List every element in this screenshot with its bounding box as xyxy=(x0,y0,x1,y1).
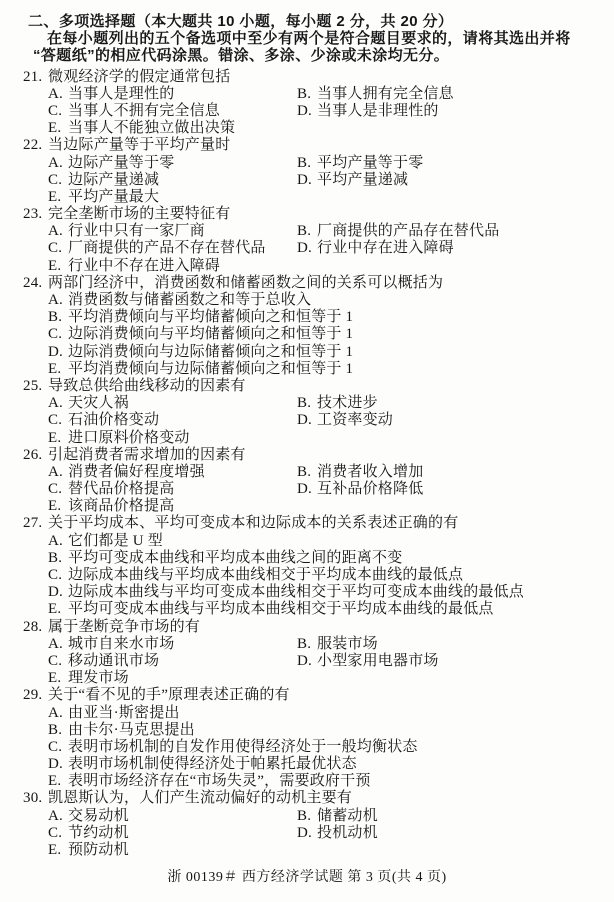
option-text: 平均消费倾向与边际储蓄倾向之和恒等于 1 xyxy=(68,361,353,378)
option-label: B. xyxy=(297,395,317,412)
question-number: 23. xyxy=(23,206,48,223)
question-number: 26. xyxy=(23,447,48,464)
option-b: B.当事人拥有完全信息 xyxy=(297,86,454,103)
question-22: 22. 当边际产量等于平均产量时 A.边际产量等于零 B.平均产量等于零 C.边… xyxy=(0,137,614,206)
option-text: 表明市场机制的自发作用使得经济处于一般均衡状态 xyxy=(68,739,418,756)
option-text: 平均产量递减 xyxy=(317,172,408,189)
option-label: D. xyxy=(297,481,317,498)
option-label: A. xyxy=(48,464,68,481)
option-label: D. xyxy=(297,825,317,842)
option-label: D. xyxy=(297,412,317,429)
option-d: D.当事人是非理性的 xyxy=(297,103,439,120)
option-b: B.平均可变成本曲线和平均成本曲线之间的距离不变 xyxy=(48,550,614,567)
option-text: 边际产量等于零 xyxy=(68,155,174,172)
option-label: D. xyxy=(297,172,317,189)
option-text: 平均可变成本曲线与平均成本曲线相交于平均成本曲线的最低点 xyxy=(68,601,494,618)
option-label: E. xyxy=(48,842,68,859)
option-label: B. xyxy=(297,636,317,653)
option-label: E. xyxy=(48,120,68,137)
option-e: E.平均产量最大 xyxy=(48,189,614,206)
option-label: D. xyxy=(48,584,68,601)
option-text: 技术进步 xyxy=(317,395,378,412)
option-text: 平均产量最大 xyxy=(68,189,159,206)
option-text: 平均消费倾向与平均储蓄倾向之和恒等于 1 xyxy=(68,309,353,326)
option-text: 边际消费倾向与边际储蓄倾向之和恒等于 1 xyxy=(68,344,353,361)
question-number: 22. xyxy=(23,137,48,154)
option-label: D. xyxy=(297,240,317,257)
option-label: E. xyxy=(48,601,68,618)
option-text: 工资率变动 xyxy=(317,412,393,429)
option-label: C. xyxy=(48,326,68,343)
exam-page: 二、 多项选择题（本大题共 10 小题，每小题 2 分，共 20 分） 在每小题… xyxy=(0,0,614,902)
option-label: B. xyxy=(48,550,68,567)
option-text: 服装市场 xyxy=(317,636,378,653)
question-21: 21. 微观经济学的假定通常包括 A.当事人是理性的 B.当事人拥有完全信息 C… xyxy=(0,69,614,138)
section-instruction-line-1: 在每小题列出的五个备选项中至少有两个是符合题目要求的，请将其选出并将 xyxy=(0,30,614,47)
option-label: E. xyxy=(48,773,68,790)
option-text: 当事人拥有完全信息 xyxy=(317,86,454,103)
option-text: 小型家用电器市场 xyxy=(317,653,439,670)
option-text: 表明市场经济存在“市场失灵”，需要政府干预 xyxy=(68,773,371,790)
option-a: A.消费函数与储蓄函数之和等于总收入 xyxy=(48,292,614,309)
option-label: C. xyxy=(48,240,68,257)
option-text: 厂商提供的产品存在替代品 xyxy=(317,223,499,240)
option-text: 由卡尔·马克思提出 xyxy=(68,722,195,739)
option-text: 表明市场机制使得经济处于帕累托最优状态 xyxy=(68,756,357,773)
option-text: 理发市场 xyxy=(68,670,129,687)
question-number: 24. xyxy=(23,275,48,292)
option-label: B. xyxy=(297,86,317,103)
option-text: 平均产量等于零 xyxy=(317,155,423,172)
option-label: C. xyxy=(48,739,68,756)
option-text: 边际产量递减 xyxy=(68,172,159,189)
option-label: C. xyxy=(48,172,68,189)
question-list: 21. 微观经济学的假定通常包括 A.当事人是理性的 B.当事人拥有完全信息 C… xyxy=(0,69,614,860)
question-29: 29. 关于“看不见的手”原理表述正确的有 A.由亚当·斯密提出 B.由卡尔·马… xyxy=(0,687,614,790)
option-c: C.边际成本曲线与平均成本曲线相交于平均成本曲线的最低点 xyxy=(48,567,614,584)
option-b: B.服装市场 xyxy=(297,636,378,653)
option-e: E.进口原料价格变动 xyxy=(48,430,614,447)
option-text: 预防动机 xyxy=(68,842,129,859)
option-text: 当事人不能独立做出决策 xyxy=(68,120,235,137)
option-label: A. xyxy=(48,86,68,103)
option-text: 消费者收入增加 xyxy=(317,464,423,481)
option-label: C. xyxy=(48,103,68,120)
option-label: D. xyxy=(297,103,317,120)
option-label: C. xyxy=(48,567,68,584)
option-label: A. xyxy=(48,636,68,653)
option-text: 行业中不存在进入障碍 xyxy=(68,258,220,275)
option-text: 由亚当·斯密提出 xyxy=(68,705,180,722)
question-30: 30. 凯恩斯认为，人们产生流动偏好的动机主要有 A.交易动机 B.储蓄动机 C… xyxy=(0,790,614,859)
option-text: 移动通讯市场 xyxy=(68,653,159,670)
option-text: 储蓄动机 xyxy=(317,808,378,825)
question-25: 25. 导致总供给曲线移动的因素有 A.天灾人祸 B.技术进步 C.石油价格变动… xyxy=(0,378,614,447)
section-header: 二、 多项选择题（本大题共 10 小题，每小题 2 分，共 20 分） 在每小题… xyxy=(0,13,614,65)
option-label: B. xyxy=(297,155,317,172)
option-label: A. xyxy=(48,292,68,309)
question-stem: 引起消费者需求增加的因素有 xyxy=(48,447,246,464)
option-label: E. xyxy=(48,430,68,447)
option-text: 边际成本曲线与平均成本曲线相交于平均成本曲线的最低点 xyxy=(68,567,463,584)
option-text: 边际消费倾向与平均储蓄倾向之和恒等于 1 xyxy=(68,326,353,343)
question-stem: 导致总供给曲线移动的因素有 xyxy=(48,378,246,395)
option-e: E.理发市场 xyxy=(48,670,614,687)
option-label: E. xyxy=(48,258,68,275)
section-instruction-line-2: “答题纸”的相应代码涂黑。错涂、多涂、少涂或未涂均无分。 xyxy=(0,47,614,64)
option-c: C.表明市场机制的自发作用使得经济处于一般均衡状态 xyxy=(48,739,614,756)
option-text: 天灾人祸 xyxy=(68,395,129,412)
option-text: 进口原料价格变动 xyxy=(68,430,190,447)
option-e: E.表明市场经济存在“市场失灵”，需要政府干预 xyxy=(48,773,614,790)
option-d: D.平均产量递减 xyxy=(297,172,408,189)
question-23: 23. 完全垄断市场的主要特征有 A.行业中只有一家厂商 B.厂商提供的产品存在… xyxy=(0,206,614,275)
option-label: C. xyxy=(48,653,68,670)
option-text: 城市自来水市场 xyxy=(68,636,174,653)
option-text: 互补品价格降低 xyxy=(317,481,423,498)
option-label: E. xyxy=(48,189,68,206)
option-e: E.该商品价格提高 xyxy=(48,498,614,515)
option-text: 当事人是理性的 xyxy=(68,86,174,103)
question-stem: 微观经济学的假定通常包括 xyxy=(48,69,230,86)
option-label: B. xyxy=(48,722,68,739)
section-marker: 二、 xyxy=(28,13,59,30)
question-stem: 关于平均成本、平均可变成本和边际成本的关系表述正确的有 xyxy=(48,515,458,532)
option-label: A. xyxy=(48,223,68,240)
option-label: A. xyxy=(48,533,68,550)
option-b: B.平均消费倾向与平均储蓄倾向之和恒等于 1 xyxy=(48,309,614,326)
question-stem: 属于垄断竞争市场的有 xyxy=(48,619,200,636)
option-b: B.技术进步 xyxy=(297,395,378,412)
option-b: B.消费者收入增加 xyxy=(297,464,423,481)
option-d: D.工资率变动 xyxy=(297,412,393,429)
question-stem: 当边际产量等于平均产量时 xyxy=(48,137,230,154)
option-e: E.预防动机 xyxy=(48,842,614,859)
option-text: 投机动机 xyxy=(317,825,378,842)
question-stem: 两部门经济中，消费函数和储蓄函数之间的关系可以概括为 xyxy=(48,275,443,292)
option-text: 该商品价格提高 xyxy=(68,498,174,515)
question-28: 28. 属于垄断竞争市场的有 A.城市自来水市场 B.服装市场 C.移动通讯市场… xyxy=(0,619,614,688)
option-label: B. xyxy=(297,808,317,825)
question-24: 24. 两部门经济中，消费函数和储蓄函数之间的关系可以概括为 A.消费函数与储蓄… xyxy=(0,275,614,378)
option-b: B.由卡尔·马克思提出 xyxy=(48,722,614,739)
option-label: D. xyxy=(297,653,317,670)
option-label: E. xyxy=(48,498,68,515)
option-text: 交易动机 xyxy=(68,808,129,825)
option-a: A.它们都是 U 型 xyxy=(48,533,614,550)
option-d: D.表明市场机制使得经济处于帕累托最优状态 xyxy=(48,756,614,773)
option-b: B.平均产量等于零 xyxy=(297,155,423,172)
option-d: D.边际消费倾向与边际储蓄倾向之和恒等于 1 xyxy=(48,344,614,361)
option-label: C. xyxy=(48,481,68,498)
option-text: 它们都是 U 型 xyxy=(68,533,163,550)
option-text: 当事人是非理性的 xyxy=(317,103,439,120)
option-b: B.厂商提供的产品存在替代品 xyxy=(297,223,499,240)
question-number: 29. xyxy=(23,687,48,704)
option-d: D.小型家用电器市场 xyxy=(297,653,439,670)
option-label: B. xyxy=(297,464,317,481)
question-number: 27. xyxy=(23,515,48,532)
option-text: 边际成本曲线与平均可变成本曲线相交于平均可变成本曲线的最低点 xyxy=(68,584,524,601)
question-stem: 凯恩斯认为，人们产生流动偏好的动机主要有 xyxy=(48,790,352,807)
option-text: 当事人不拥有完全信息 xyxy=(68,103,220,120)
option-label: D. xyxy=(48,344,68,361)
option-d: D.互补品价格降低 xyxy=(297,481,423,498)
option-text: 平均可变成本曲线和平均成本曲线之间的距离不变 xyxy=(68,550,402,567)
option-label: C. xyxy=(48,412,68,429)
option-label: B. xyxy=(48,309,68,326)
option-d: D.投机动机 xyxy=(297,825,378,842)
option-d: D.行业中存在进入障碍 xyxy=(297,240,454,257)
option-label: D. xyxy=(48,756,68,773)
option-e: E.平均消费倾向与边际储蓄倾向之和恒等于 1 xyxy=(48,361,614,378)
option-a: A.由亚当·斯密提出 xyxy=(48,705,614,722)
option-e: E.当事人不能独立做出决策 xyxy=(48,120,614,137)
option-label: E. xyxy=(48,670,68,687)
option-text: 行业中只有一家厂商 xyxy=(68,223,205,240)
option-text: 石油价格变动 xyxy=(68,412,159,429)
option-text: 消费函数与储蓄函数之和等于总收入 xyxy=(68,292,311,309)
option-d: D.边际成本曲线与平均可变成本曲线相交于平均可变成本曲线的最低点 xyxy=(48,584,614,601)
option-label: B. xyxy=(297,223,317,240)
option-c: C.边际消费倾向与平均储蓄倾向之和恒等于 1 xyxy=(48,326,614,343)
option-text: 消费者偏好程度增强 xyxy=(68,464,205,481)
question-27: 27. 关于平均成本、平均可变成本和边际成本的关系表述正确的有 A.它们都是 U… xyxy=(0,515,614,618)
option-b: B.储蓄动机 xyxy=(297,808,378,825)
option-e: E.平均可变成本曲线与平均成本曲线相交于平均成本曲线的最低点 xyxy=(48,601,614,618)
question-number: 21. xyxy=(23,69,48,86)
option-text: 节约动机 xyxy=(68,825,129,842)
question-stem: 完全垄断市场的主要特征有 xyxy=(48,206,230,223)
option-label: A. xyxy=(48,705,68,722)
option-label: A. xyxy=(48,395,68,412)
option-label: C. xyxy=(48,825,68,842)
question-stem: 关于“看不见的手”原理表述正确的有 xyxy=(48,687,290,704)
option-text: 行业中存在进入障碍 xyxy=(317,240,454,257)
question-number: 28. xyxy=(23,619,48,636)
question-number: 25. xyxy=(23,378,48,395)
page-content: 二、 多项选择题（本大题共 10 小题，每小题 2 分，共 20 分） 在每小题… xyxy=(0,0,614,859)
option-label: E. xyxy=(48,361,68,378)
section-title-line: 二、 多项选择题（本大题共 10 小题，每小题 2 分，共 20 分） xyxy=(0,13,614,30)
option-text: 替代品价格提高 xyxy=(68,481,174,498)
question-number: 30. xyxy=(23,790,48,807)
section-title: 多项选择题（本大题共 10 小题，每小题 2 分，共 20 分） xyxy=(59,13,454,30)
option-label: A. xyxy=(48,155,68,172)
option-label: A. xyxy=(48,808,68,825)
question-26: 26. 引起消费者需求增加的因素有 A.消费者偏好程度增强 B.消费者收入增加 … xyxy=(0,447,614,516)
option-text: 厂商提供的产品不存在替代品 xyxy=(68,240,266,257)
page-footer: 浙 00139＃ 西方经济学试题 第 3 页(共 4 页) xyxy=(0,866,614,886)
option-e: E.行业中不存在进入障碍 xyxy=(48,258,614,275)
